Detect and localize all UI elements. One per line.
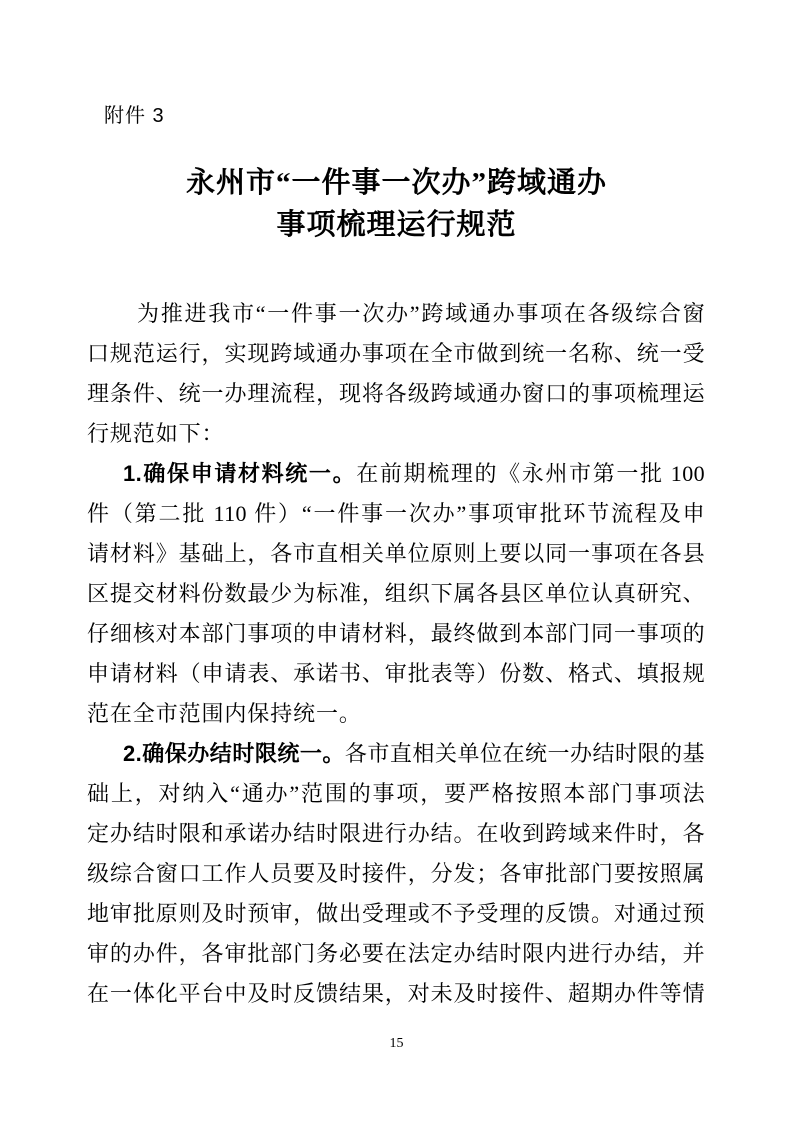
body-line: 1.确保申请材料统一。在前期梳理的《永州市第一批 100: [87, 454, 705, 494]
body-line: 地审批原则及时预审，做出受理或不予受理的反馈。对通过预: [87, 894, 705, 934]
body-text: 仔细核对本部门事项的申请材料，最终做到本部门同一事项的: [87, 621, 705, 646]
body-text: 口规范运行，实现跨域通办事项在全市做到统一名称、统一受: [87, 341, 705, 366]
document-title: 永州市“一件事一次办”跨域通办 事项梳理运行规范: [0, 162, 793, 246]
body-text: 级综合窗口工作人员要及时接件，分发；各审批部门要按照属: [87, 861, 705, 886]
body-text: 件（第二批 110 件）“一件事一次办”事项审批环节流程及申: [87, 501, 705, 526]
body-line: 行规范如下：: [87, 414, 705, 454]
body-text: 定办结时限和承诺办结时限进行办结。在收到跨域来件时，各: [87, 821, 705, 846]
page-number: 15: [0, 1035, 793, 1053]
body-line: 审的办件，各审批部门务必要在法定办结时限内进行办结，并: [87, 934, 705, 974]
body-text: 在前期梳理的《永州市第一批 100: [356, 461, 705, 486]
body-line: 区提交材料份数最少为标准，组织下属各县区单位认真研究、: [87, 574, 705, 614]
body-text: 请材料》基础上，各市直相关单位原则上要以同一事项在各县: [87, 541, 705, 566]
body-text: 理条件、统一办理流程，现将各级跨域通办窗口的事项梳理运: [87, 381, 705, 406]
body-line: 理条件、统一办理流程，现将各级跨域通办窗口的事项梳理运: [87, 374, 705, 414]
document-title-line-2: 事项梳理运行规范: [0, 204, 793, 246]
body-line: 2.确保办结时限统一。各市直相关单位在统一办结时限的基: [87, 734, 705, 774]
body-line: 仔细核对本部门事项的申请材料，最终做到本部门同一事项的: [87, 614, 705, 654]
document-page: 附件 3 永州市“一件事一次办”跨域通办 事项梳理运行规范 为推进我市“一件事一…: [0, 0, 793, 1122]
body-line: 申请材料（申请表、承诺书、审批表等）份数、格式、填报规: [87, 654, 705, 694]
section-heading: 2.确保办结时限统一。: [123, 741, 345, 766]
body-text: 申请材料（申请表、承诺书、审批表等）份数、格式、填报规: [87, 661, 705, 686]
body-text: 审的办件，各审批部门务必要在法定办结时限内进行办结，并: [87, 941, 705, 966]
body-text: 行规范如下：: [87, 421, 224, 446]
body-text: 在一体化平台中及时反馈结果，对未及时接件、超期办件等情: [87, 981, 705, 1006]
body-text: 范在全市范围内保持统一。: [87, 701, 362, 726]
body-text: 地审批原则及时预审，做出受理或不予受理的反馈。对通过预: [87, 901, 705, 926]
body-line: 口规范运行，实现跨域通办事项在全市做到统一名称、统一受: [87, 334, 705, 374]
body-line: 范在全市范围内保持统一。: [87, 694, 705, 734]
body-lines: 为推进我市“一件事一次办”跨域通办事项在各级综合窗口规范运行，实现跨域通办事项在…: [87, 294, 705, 1014]
attachment-label: 附件 3: [104, 103, 165, 129]
body-line: 在一体化平台中及时反馈结果，对未及时接件、超期办件等情: [87, 974, 705, 1014]
body-text: 础上，对纳入“通办”范围的事项，要严格按照本部门事项法: [87, 781, 705, 806]
body-text: 区提交材料份数最少为标准，组织下属各县区单位认真研究、: [87, 581, 705, 606]
body-line: 定办结时限和承诺办结时限进行办结。在收到跨域来件时，各: [87, 814, 705, 854]
body-line: 为推进我市“一件事一次办”跨域通办事项在各级综合窗: [87, 294, 705, 334]
body-line: 请材料》基础上，各市直相关单位原则上要以同一事项在各县: [87, 534, 705, 574]
body-text: 各市直相关单位在统一办结时限的基: [345, 741, 705, 766]
body-text: 为推进我市“一件事一次办”跨域通办事项在各级综合窗: [137, 301, 705, 326]
document-title-line-1: 永州市“一件事一次办”跨域通办: [0, 162, 793, 204]
section-heading: 1.确保申请材料统一。: [123, 461, 356, 486]
body-line: 础上，对纳入“通办”范围的事项，要严格按照本部门事项法: [87, 774, 705, 814]
body-line: 件（第二批 110 件）“一件事一次办”事项审批环节流程及申: [87, 494, 705, 534]
body-line: 级综合窗口工作人员要及时接件，分发；各审批部门要按照属: [87, 854, 705, 894]
